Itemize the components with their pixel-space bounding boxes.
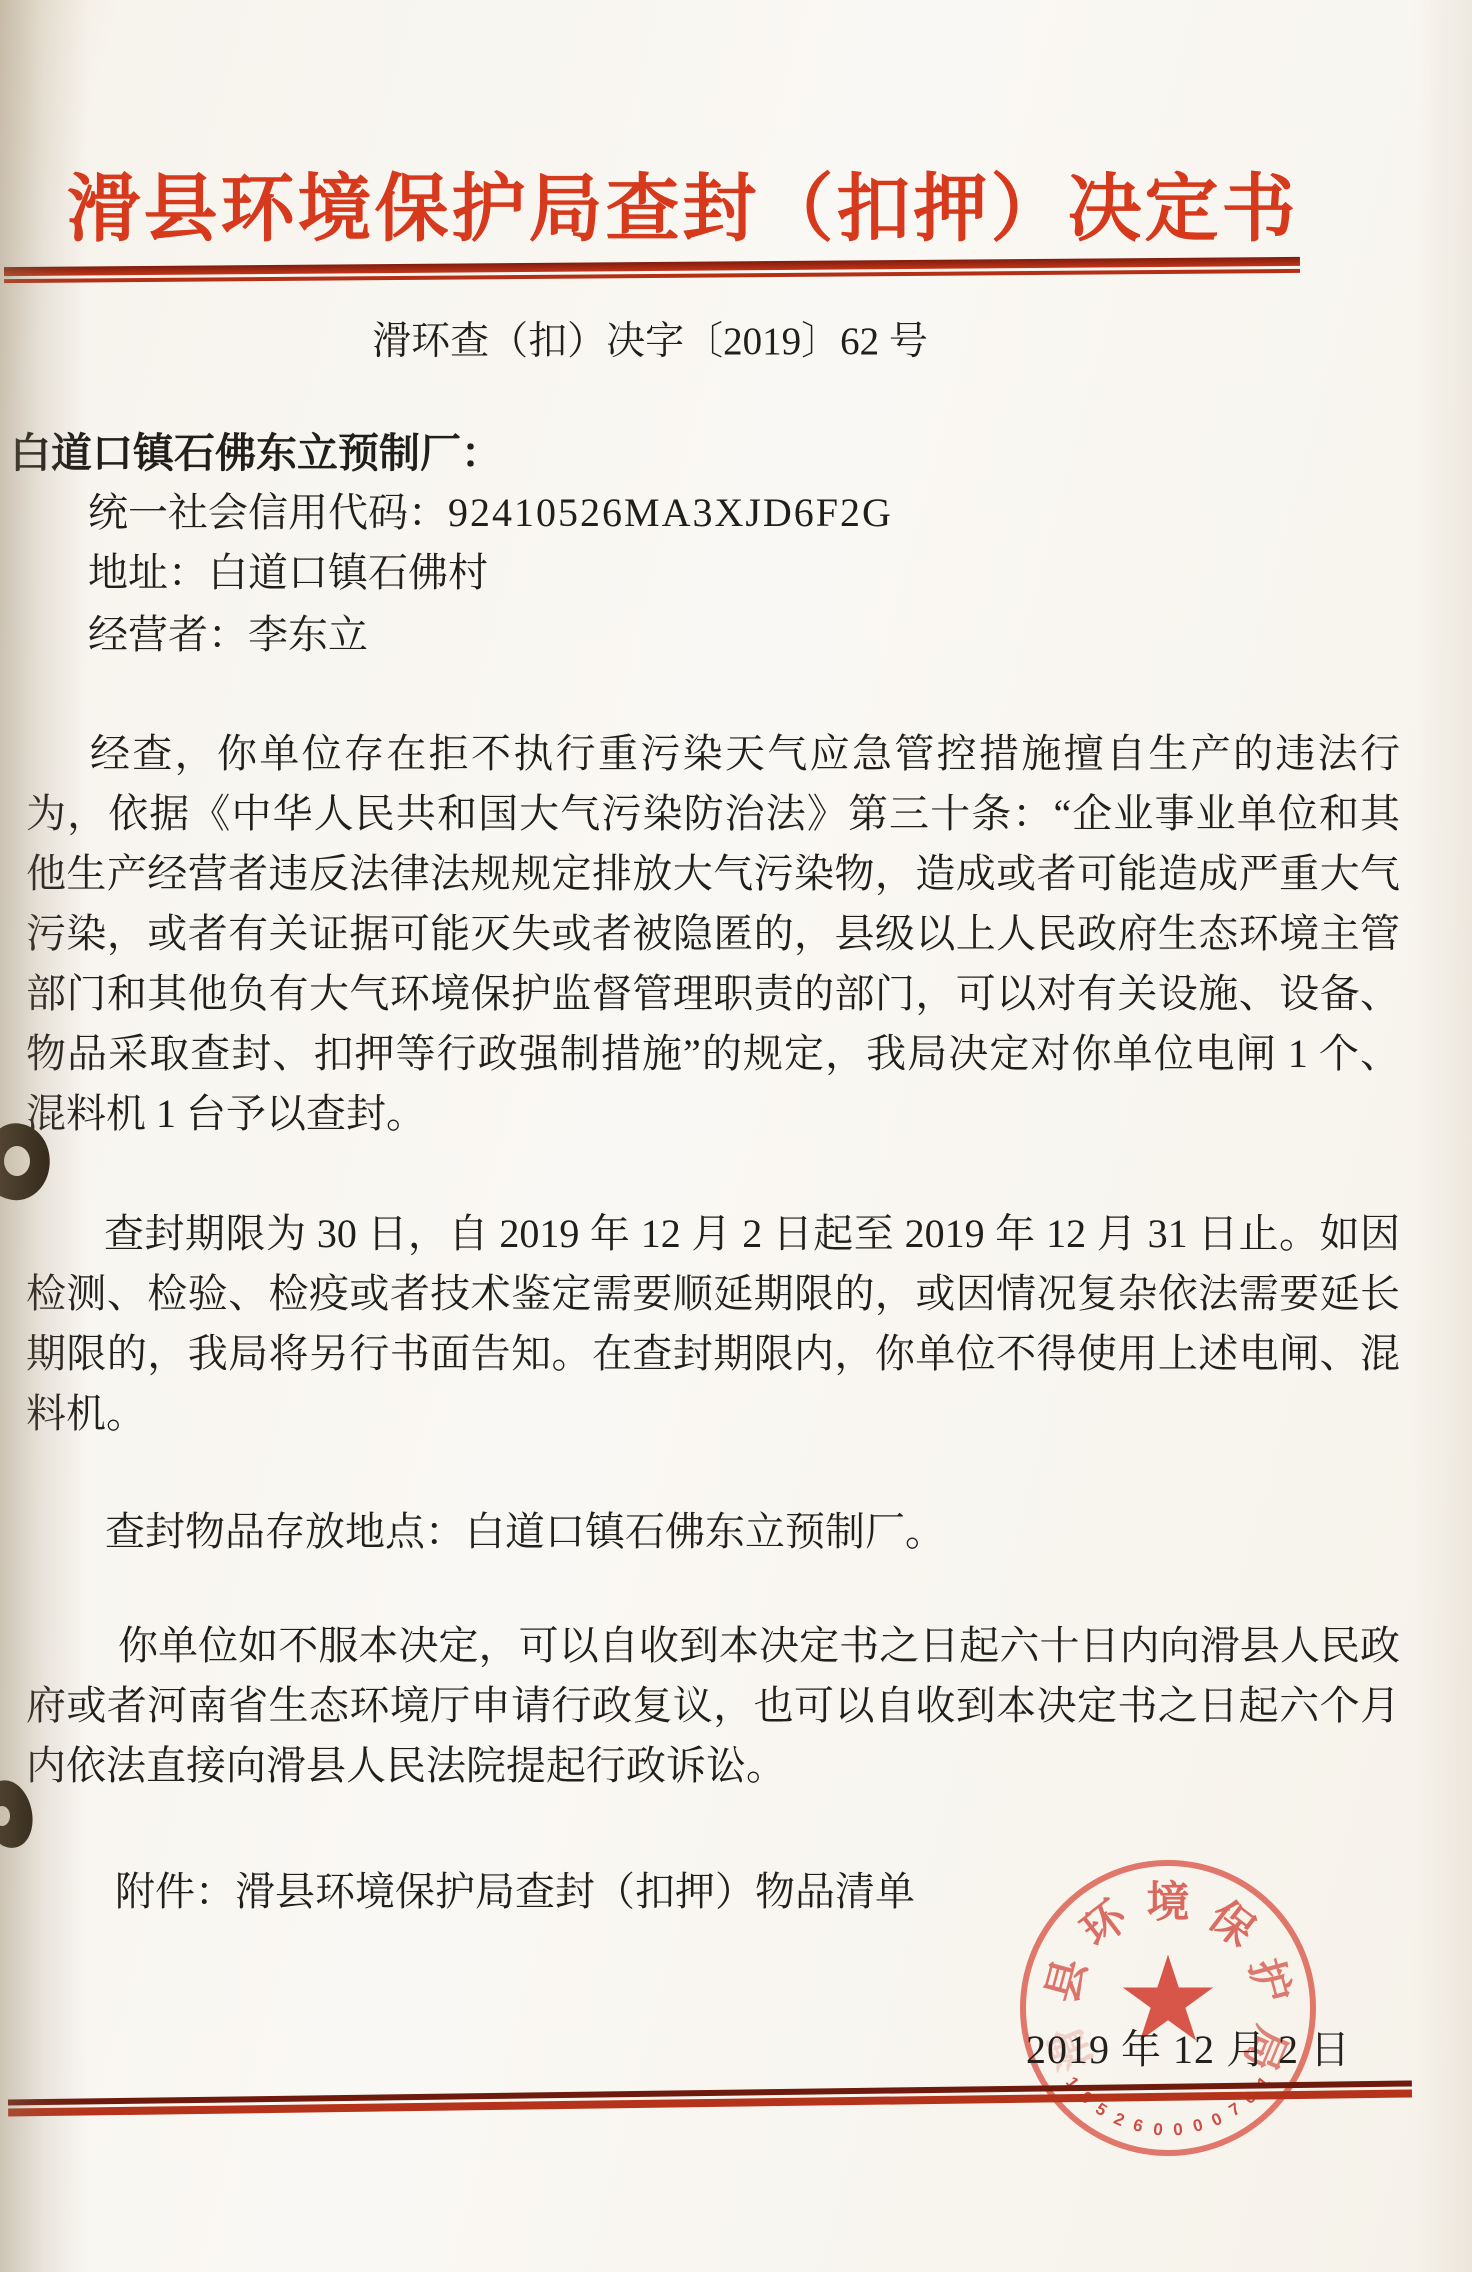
paragraph-line: 你单位如不服本决定，可以自收到本决定书之日起六十日内向滑县人民政	[26, 1616, 1400, 1676]
recipient-credit-code-row: 统一社会信用代码：92410526MA3XJD6F2G	[88, 481, 893, 538]
operator-label: 经营者：	[88, 612, 248, 657]
paragraph-appeal-rights: 你单位如不服本决定，可以自收到本决定书之日起六十日内向滑县人民政府或者河南省生态…	[26, 1616, 1400, 1800]
paragraph-line: 混料机 1 台予以查封。	[26, 1086, 1400, 1146]
binder-hole-bottom	[0, 1780, 32, 1848]
credit-code-value: 92410526MA3XJD6F2G	[448, 490, 893, 535]
paragraph-line: 污染，或者有关证据可能灭失或者被隐匿的，县级以上人民政府生态环境主管	[26, 906, 1400, 966]
binder-hole-inner	[4, 1146, 30, 1176]
stamp-code-digit: 6	[1127, 2114, 1149, 2138]
recipient-address-row: 地址：白道口镇石佛村	[88, 541, 488, 598]
paragraph-line: 为，依据《中华人民共和国大气污染防治法》第三十条：“企业事业单位和其	[26, 786, 1400, 846]
paragraph-line: 期限的，我局将另行书面告知。在查封期限内，你单位不得使用上述电闸、混	[26, 1326, 1400, 1386]
official-seal-stamp: ★ 滑县环境保护局105260000761	[1020, 1860, 1316, 2156]
paragraph-line: 物品采取查封、扣押等行政强制措施”的规定，我局决定对你单位电闸 1 个、	[26, 1026, 1400, 1086]
paragraph-line: 他生产经营者违反法律法规规定排放大气污染物，造成或者可能造成严重大气	[26, 846, 1400, 906]
recipient-operator-row: 经营者：李东立	[88, 603, 368, 660]
document-page: 滑县环境保护局查封（扣押）决定书 滑环查（扣）决字〔2019〕62 号 白道口镇…	[0, 0, 1472, 2272]
paragraph-line: 部门和其他负有大气环境保护监督管理职责的部门，可以对有关设施、设备、	[26, 966, 1400, 1026]
document-title: 滑县环境保护局查封（扣押）决定书	[0, 150, 1365, 256]
paragraph-line: 料机。	[26, 1386, 1400, 1446]
operator-value: 李东立	[248, 612, 368, 657]
paragraph-line: 内依法直接向滑县人民法院提起行政诉讼。	[26, 1736, 1400, 1800]
paragraph-storage-location: 查封物品存放地点：白道口镇石佛东立预制厂。	[26, 1500, 1472, 1557]
header-divider-line	[4, 257, 1300, 283]
stamp-code-digit: 0	[1148, 2119, 1168, 2140]
stamp-arc-char: 境	[1145, 1881, 1191, 1927]
stamp-arc-char: 县	[1039, 1953, 1095, 2009]
binder-hole-top	[0, 1124, 50, 1200]
stamp-code-digit: 0	[1168, 2119, 1188, 2140]
paragraph-line: 府或者河南省生态环境厅申请行政复议，也可以自收到本决定书之日起六个月	[26, 1676, 1400, 1736]
recipient-name: 白道口镇石佛东立预制厂：	[10, 420, 502, 479]
stamp-arc-char: 护	[1240, 1953, 1296, 2009]
address-value: 白道口镇石佛村	[208, 550, 488, 595]
credit-code-label: 统一社会信用代码：	[88, 490, 448, 535]
paragraph-findings: 经查，你单位存在拒不执行重污染天气应急管控措施擅自生产的违法行为，依据《中华人民…	[26, 726, 1400, 1146]
paragraph-line: 查封期限为 30 日，自 2019 年 12 月 2 日起至 2019 年 12…	[26, 1206, 1400, 1266]
issue-date: 2019 年 12 月 2 日	[1026, 2018, 1351, 2075]
paragraph-line: 检测、检验、检疫或者技术鉴定需要顺延期限的，或因情况复杂依法需要延长	[26, 1266, 1400, 1326]
paragraph-seal-period: 查封期限为 30 日，自 2019 年 12 月 2 日起至 2019 年 12…	[26, 1206, 1400, 1446]
address-label: 地址：	[88, 550, 208, 595]
paragraph-line: 经查，你单位存在拒不执行重污染天气应急管控措施擅自生产的违法行	[26, 726, 1400, 786]
document-number: 滑环查（扣）决字〔2019〕62 号	[0, 310, 1300, 366]
